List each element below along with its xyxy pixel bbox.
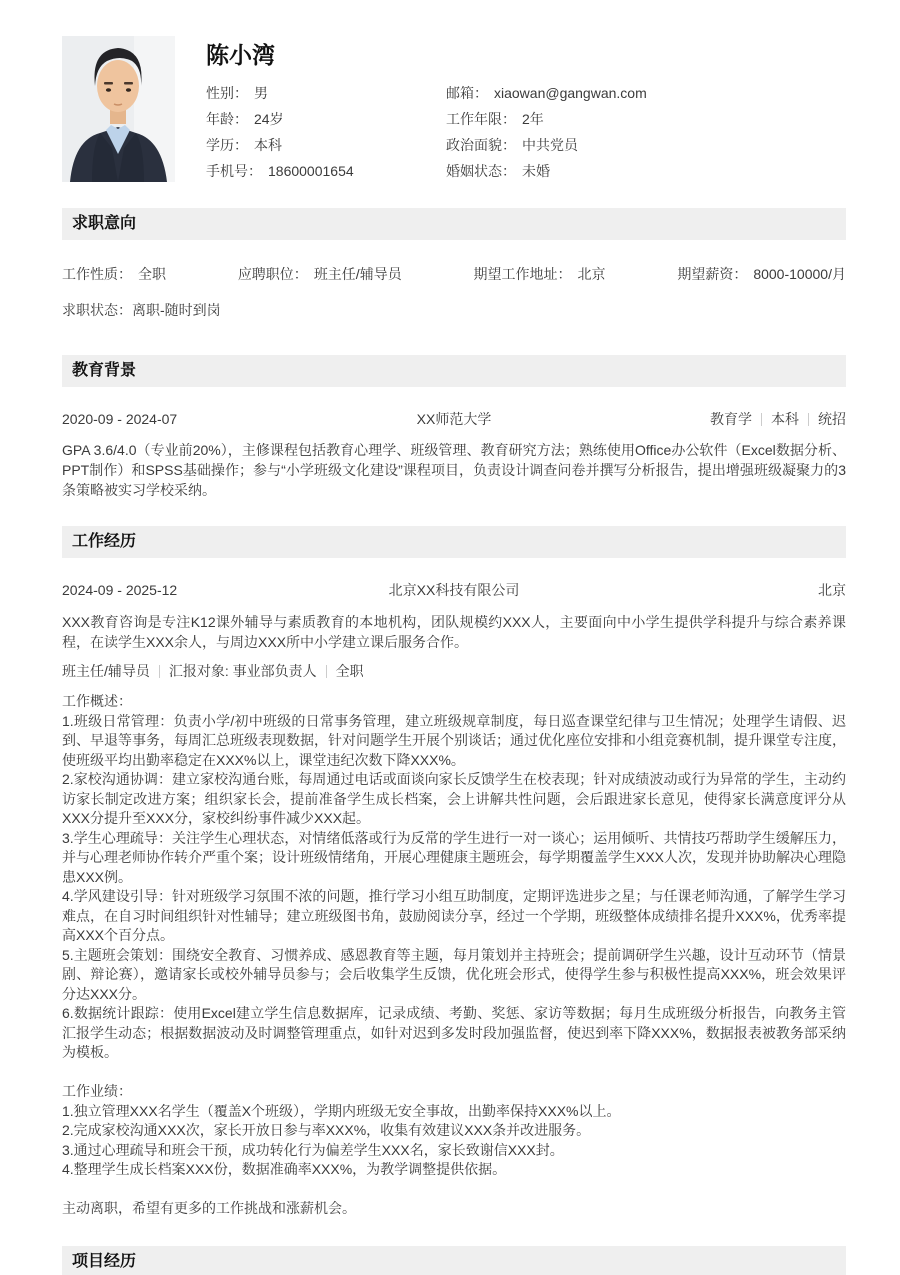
work-company: 北京XX科技有限公司 bbox=[266, 582, 642, 598]
field-marital-status: 婚姻状态：未婚 bbox=[446, 162, 846, 180]
field-label: 婚姻状态： bbox=[446, 163, 516, 179]
field-label: 手机号： bbox=[206, 163, 262, 179]
intention-value: 离职-随时到岗 bbox=[132, 302, 221, 318]
intention-location: 期望工作地址：北京 bbox=[474, 266, 606, 282]
profile-fields: 性别：男 邮箱：xiaowan@gangwan.com 年龄：24岁 工作年限：… bbox=[206, 84, 846, 180]
education-row: 2020-09 - 2024-07 XX师范大学 教育学 本科 统招 bbox=[62, 411, 846, 427]
education-description: GPA 3.6/4.0（专业前20%），主修课程包括教育心理学、班级管理、教育研… bbox=[62, 440, 846, 500]
work-position-row: 班主任/辅导员 汇报对象: 事业部负责人 全职 bbox=[62, 662, 846, 680]
field-value: 男 bbox=[254, 85, 268, 101]
field-label: 学历： bbox=[206, 137, 248, 153]
profile-info: 陈小湾 性别：男 邮箱：xiaowan@gangwan.com 年龄：24岁 工… bbox=[206, 36, 846, 182]
intention-value: 全职 bbox=[138, 266, 166, 282]
profile-header: 陈小湾 性别：男 邮箱：xiaowan@gangwan.com 年龄：24岁 工… bbox=[62, 36, 846, 182]
company-intro: XXX教育咨询是专注K12课外辅导与素质教育的本地机构，团队规模约XXX人，主要… bbox=[62, 612, 846, 652]
field-phone: 手机号：18600001654 bbox=[206, 162, 446, 180]
job-intention-row: 工作性质：全职 应聘职位：班主任/辅导员 期望工作地址：北京 期望薪资：8000… bbox=[62, 266, 846, 282]
field-work-years: 工作年限：2年 bbox=[446, 110, 846, 128]
education-degree: 本科 bbox=[771, 411, 799, 427]
work-details: 工作概述： 1.班级日常管理：负责小学/初中班级的日常事务管理，建立班级规章制度… bbox=[62, 692, 846, 1219]
intention-label: 期望工作地址： bbox=[474, 266, 572, 282]
intention-value: 班主任/辅导员 bbox=[314, 266, 402, 282]
candidate-name: 陈小湾 bbox=[206, 42, 846, 68]
section-title-work-experience: 工作经历 bbox=[62, 526, 846, 558]
divider bbox=[808, 413, 809, 426]
field-value: 24岁 bbox=[254, 111, 284, 127]
intention-value: 北京 bbox=[578, 266, 606, 282]
field-value: 2年 bbox=[522, 111, 544, 127]
work-period: 2024-09 - 2025-12 bbox=[62, 582, 266, 598]
education-major: 教育学 bbox=[710, 411, 752, 427]
section-title-education: 教育背景 bbox=[62, 355, 846, 387]
field-political-status: 政治面貌：中共党员 bbox=[446, 136, 846, 154]
field-label: 邮箱： bbox=[446, 85, 488, 101]
intention-label: 期望薪资： bbox=[677, 266, 747, 282]
field-value: xiaowan@gangwan.com bbox=[494, 85, 647, 101]
field-value: 中共党员 bbox=[522, 137, 578, 153]
divider bbox=[761, 413, 762, 426]
resume-page: 陈小湾 性别：男 邮箱：xiaowan@gangwan.com 年龄：24岁 工… bbox=[62, 0, 846, 1275]
field-label: 工作年限： bbox=[446, 111, 516, 127]
education-school: XX师范大学 bbox=[266, 411, 642, 427]
portrait-photo-icon bbox=[62, 36, 175, 182]
intention-position: 应聘职位：班主任/辅导员 bbox=[238, 266, 402, 282]
field-education: 学历：本科 bbox=[206, 136, 446, 154]
profile-photo bbox=[62, 36, 175, 182]
section-title-job-intention: 求职意向 bbox=[62, 208, 846, 240]
work-position: 班主任/辅导员 bbox=[62, 662, 150, 680]
intention-label: 求职状态： bbox=[62, 302, 132, 318]
intention-job-type: 工作性质：全职 bbox=[62, 266, 166, 282]
field-age: 年龄：24岁 bbox=[206, 110, 446, 128]
field-value: 18600001654 bbox=[268, 163, 354, 179]
divider bbox=[326, 665, 327, 678]
work-report-to: 汇报对象: 事业部负责人 bbox=[169, 662, 317, 680]
intention-label: 应聘职位： bbox=[238, 266, 308, 282]
field-gender: 性别：男 bbox=[206, 84, 446, 102]
intention-value: 8000-10000/月 bbox=[753, 266, 846, 282]
education-period: 2020-09 - 2024-07 bbox=[62, 411, 266, 427]
work-row: 2024-09 - 2025-12 北京XX科技有限公司 北京 bbox=[62, 582, 846, 598]
education-enrollment-type: 统招 bbox=[818, 411, 846, 427]
field-label: 性别： bbox=[206, 85, 248, 101]
field-value: 未婚 bbox=[522, 163, 550, 179]
field-label: 年龄： bbox=[206, 111, 248, 127]
education-meta: 教育学 本科 统招 bbox=[642, 411, 846, 427]
divider bbox=[159, 665, 160, 678]
field-value: 本科 bbox=[254, 137, 282, 153]
section-title-project-experience: 项目经历 bbox=[62, 1246, 846, 1275]
intention-label: 工作性质： bbox=[62, 266, 132, 282]
work-location: 北京 bbox=[642, 582, 846, 598]
field-email: 邮箱：xiaowan@gangwan.com bbox=[446, 84, 846, 102]
intention-status: 求职状态：离职-随时到岗 bbox=[62, 302, 846, 318]
work-employment-type: 全职 bbox=[336, 662, 364, 680]
intention-salary: 期望薪资：8000-10000/月 bbox=[677, 266, 846, 282]
field-label: 政治面貌： bbox=[446, 137, 516, 153]
